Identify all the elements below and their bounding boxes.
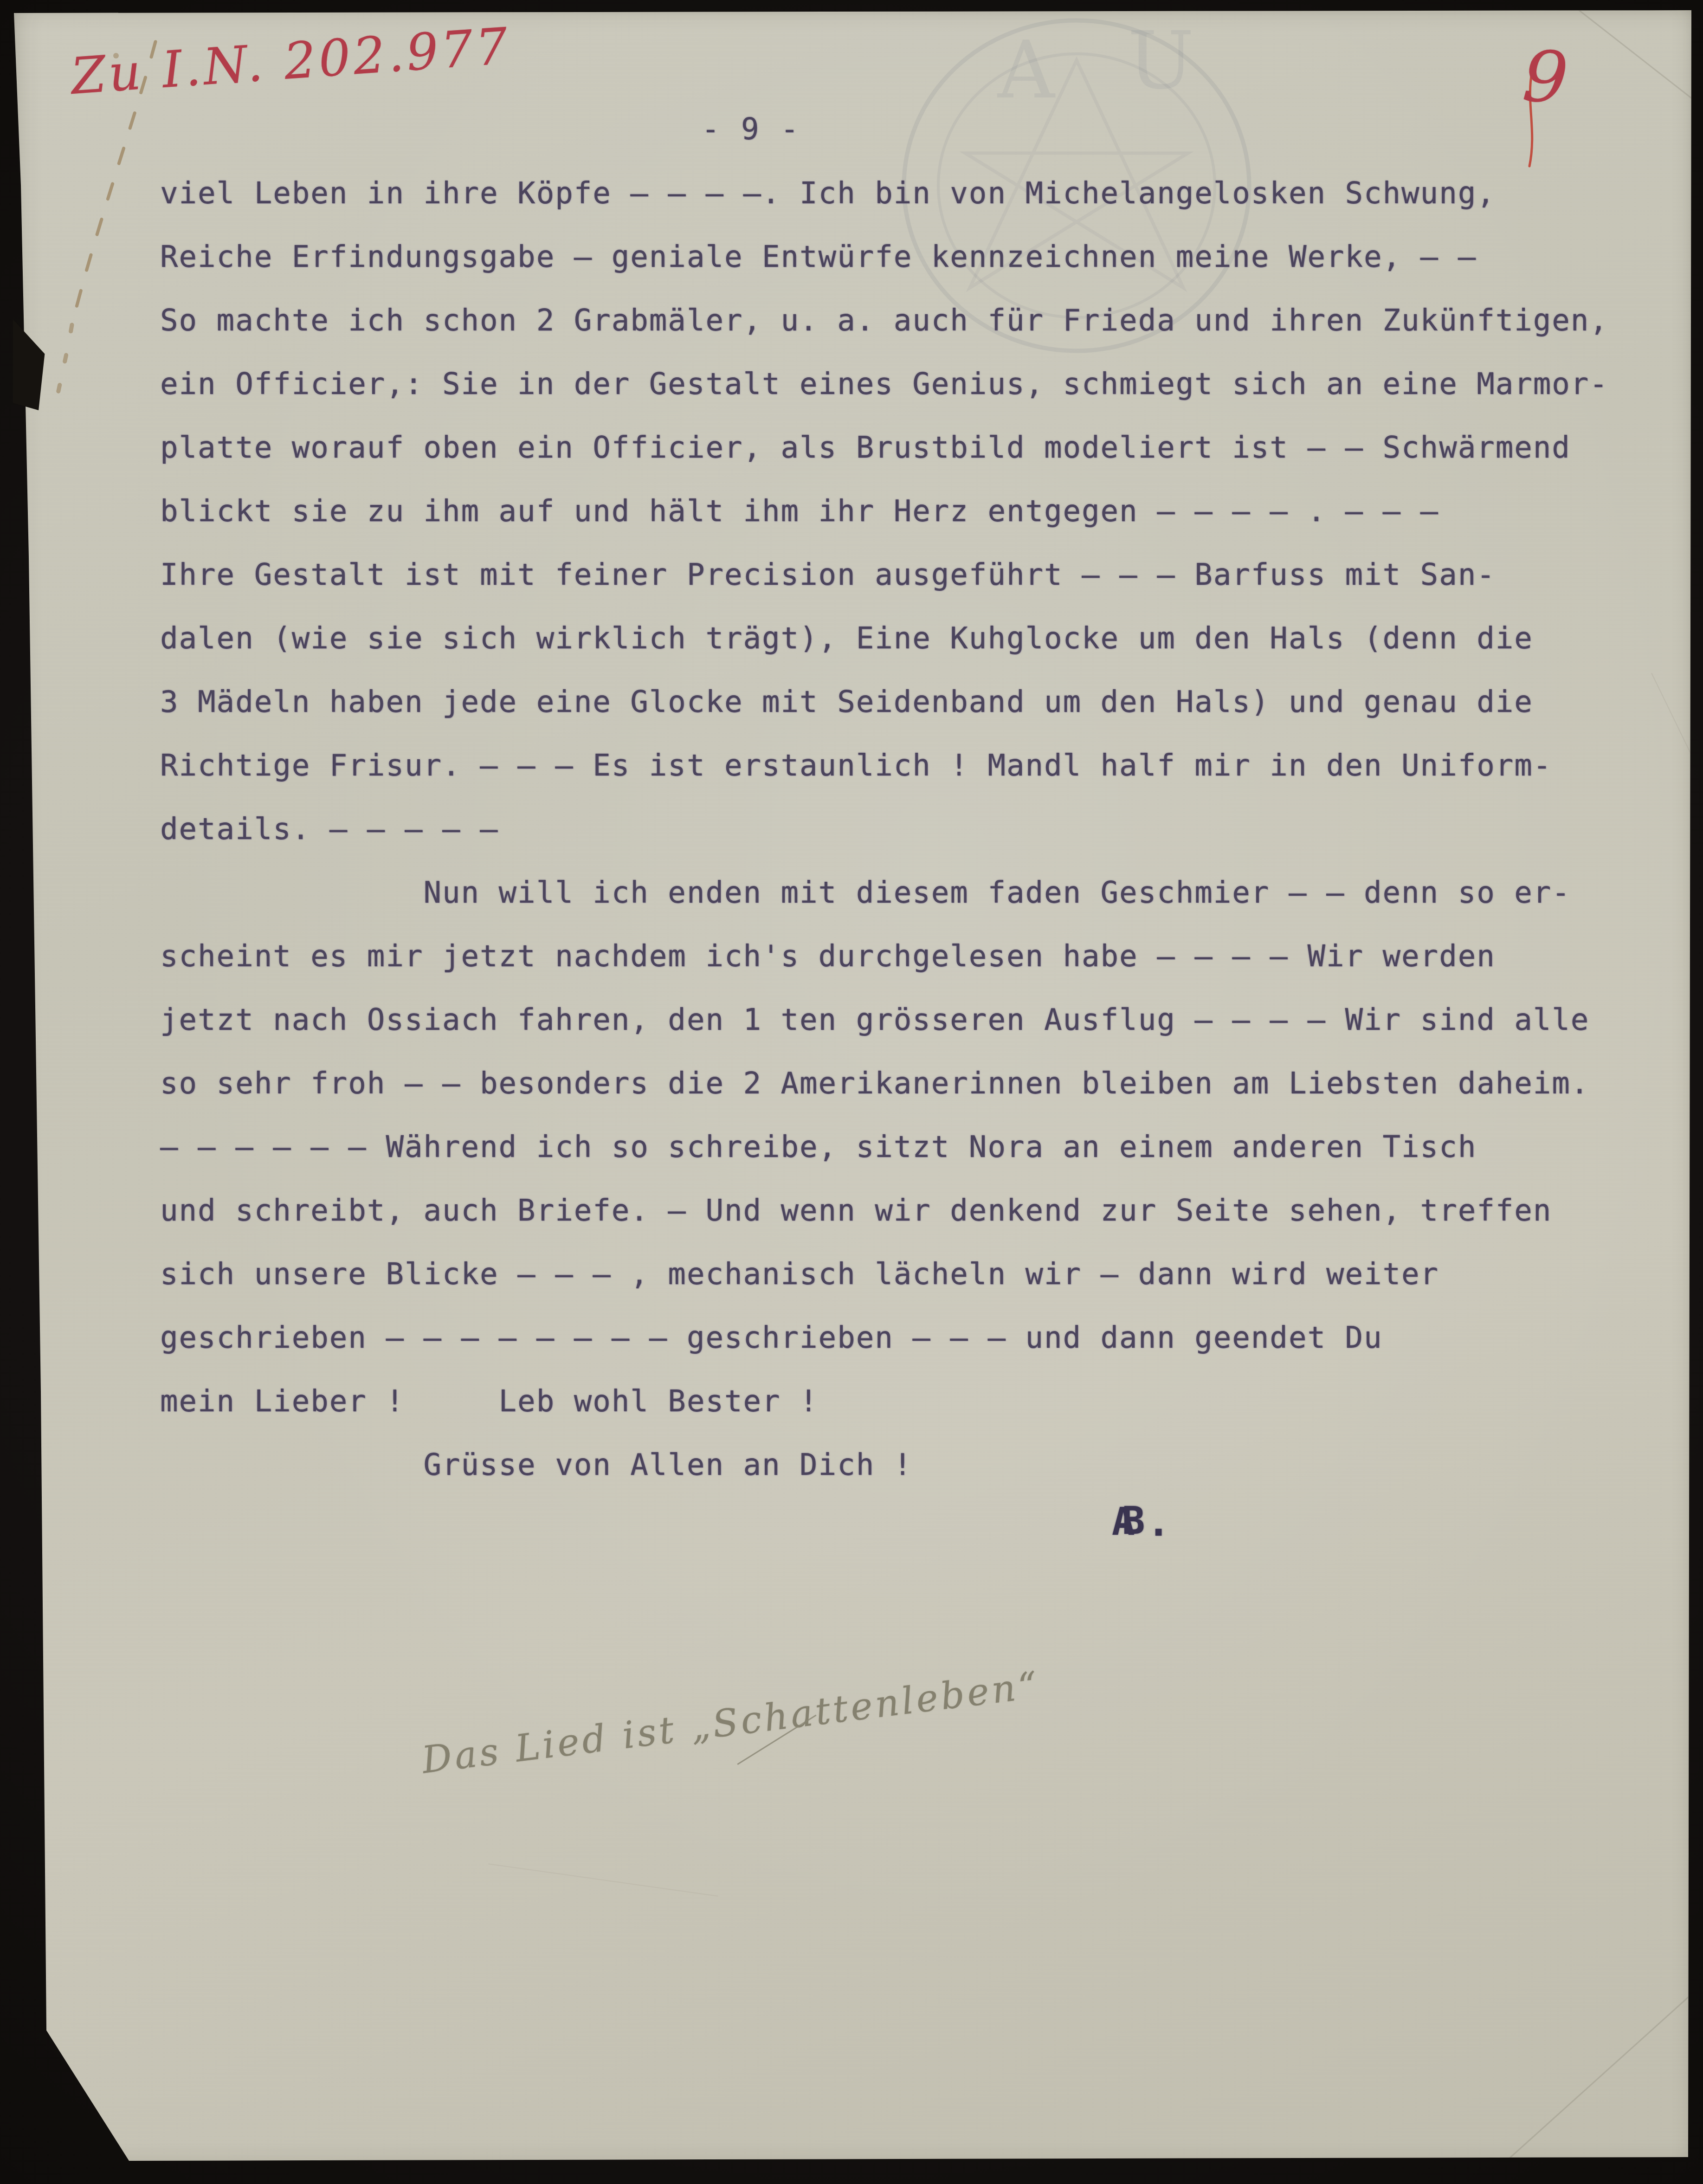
typed-line: Ihre Gestalt ist mit feiner Precision au… <box>160 560 1496 590</box>
scanned-letter-page: A U - 9 - viel Leben in ihre Köpfe — — —… <box>0 0 1703 2184</box>
typed-line: mein Lieber ! Leb wohl Bester ! <box>160 1387 819 1416</box>
typed-line: ein Officier,: Sie in der Gestalt eines … <box>160 369 1608 399</box>
folio-number: 9 <box>1520 35 1571 120</box>
typed-line: Richtige Frisur. — — — Es ist erstaunlic… <box>160 751 1552 781</box>
typed-line: sich unsere Blicke — — — , mechanisch lä… <box>160 1260 1439 1289</box>
typed-line: Nun will ich enden mit diesem faden Gesc… <box>160 878 1571 908</box>
typed-line: 3 Mädeln haben jede eine Glocke mit Seid… <box>160 687 1533 717</box>
typed-line: viel Leben in ihre Köpfe — — — —. Ich bi… <box>160 179 1496 208</box>
typed-line: geschrieben — — — — — — — — geschrieben … <box>160 1323 1383 1353</box>
typed-line: details. — — — — — <box>160 814 499 844</box>
typed-line: So machte ich schon 2 Grabmäler, u. a. a… <box>160 306 1608 336</box>
typed-line: blickt sie zu ihm auf und hält ihm ihr H… <box>160 497 1439 526</box>
typed-line: und schreibt, auch Briefe. — Und wenn wi… <box>160 1196 1552 1226</box>
paper-sheet: A U - 9 - viel Leben in ihre Köpfe — — —… <box>0 0 1703 2184</box>
typed-line: Reiche Erfindungsgabe — geniale Entwürfe… <box>160 242 1477 272</box>
typed-line: platte worauf oben ein Officier, als Bru… <box>160 433 1571 463</box>
signature-period: . <box>1147 1501 1170 1545</box>
typed-line: dalen (wie sie sich wirklich trägt), Ein… <box>160 624 1533 653</box>
signature-monogram: A B . <box>1112 1500 1205 1551</box>
typed-line: so sehr froh — — besonders die 2 Amerika… <box>160 1069 1589 1098</box>
signature-letter-b: B <box>1122 1499 1145 1543</box>
typed-line: Grüsse von Allen an Dich ! <box>160 1450 912 1480</box>
typed-line: scheint es mir jetzt nachdem ich's durch… <box>160 942 1496 971</box>
letter-body: viel Leben in ihre Köpfe — — — —. Ich bi… <box>0 0 1703 2184</box>
typed-line: jetzt nach Ossiach fahren, den 1 ten grö… <box>160 1005 1589 1035</box>
typed-line: — — — — — — Während ich so schreibe, sit… <box>160 1132 1477 1162</box>
